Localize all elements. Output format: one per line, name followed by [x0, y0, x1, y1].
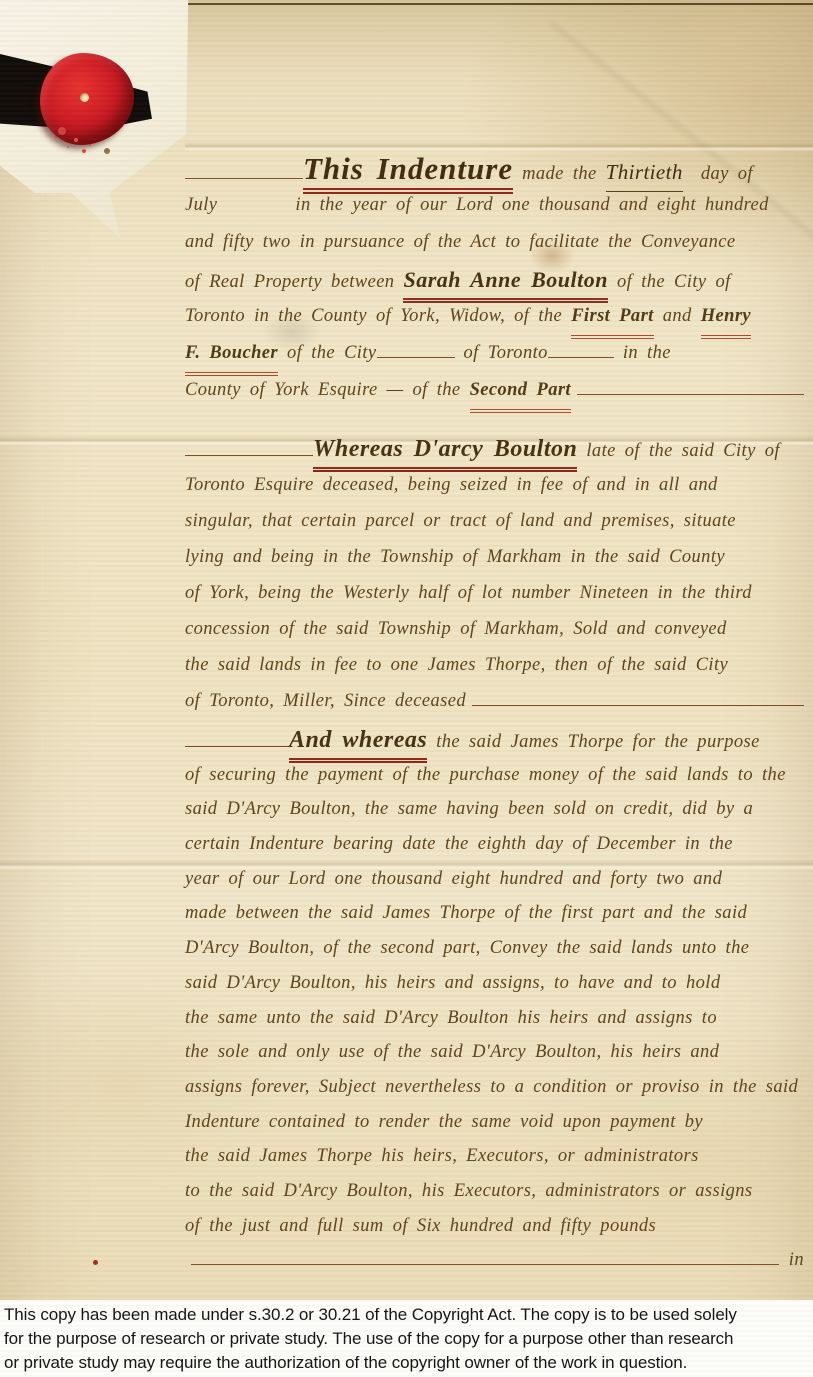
ink-rule: [185, 741, 289, 747]
document-line: Toronto in the County of York, Widow, of…: [185, 298, 804, 335]
document-line: in: [185, 1243, 804, 1278]
text-segment: of Real Property between: [185, 264, 403, 301]
text-segment: the said James Thorpe his heirs, Executo…: [185, 1139, 699, 1174]
text-segment: to the said D'Arcy Boulton, his Executor…: [185, 1174, 753, 1209]
document-line: This Indenture made the Thirtieth day of: [185, 150, 804, 187]
document-line: County of York Esquire — of the Second P…: [185, 372, 804, 409]
copyright-notice: This copy has been made under s.30.2 or …: [0, 1300, 813, 1377]
ink-rule: [577, 389, 804, 395]
text-segment: D'Arcy Boulton, of the second part, Conv…: [185, 931, 749, 966]
text-segment: Whereas D'arcy Boulton: [313, 431, 577, 472]
text-segment: First Part: [571, 298, 654, 339]
spacer: [217, 205, 295, 210]
ink-rule: [472, 700, 804, 706]
text-segment: in the: [614, 335, 671, 372]
ink-rule: [191, 1259, 779, 1265]
document-line: to the said D'Arcy Boulton, his Executor…: [185, 1174, 804, 1209]
wax-seal: [40, 53, 134, 145]
text-segment: and fifty two in pursuance of the Act to…: [185, 224, 735, 261]
document-line: Indenture contained to render the same v…: [185, 1105, 804, 1140]
document-line: said D'Arcy Boulton, the same having bee…: [185, 792, 804, 827]
text-segment: year of our Lord one thousand eight hund…: [185, 862, 722, 897]
text-segment: of York, being the Westerly half of lot …: [185, 575, 752, 611]
ink-rule: [548, 352, 614, 358]
document-line: Whereas D'arcy Boulton late of the said …: [185, 431, 804, 467]
document-line: D'Arcy Boulton, of the second part, Conv…: [185, 931, 804, 966]
document-line: F. Boucher of the City of Toronto in the: [185, 335, 804, 372]
document-line: lying and being in the Township of Markh…: [185, 539, 804, 575]
document-line: of Toronto, Miller, Since deceased: [185, 683, 804, 719]
text-segment: July: [185, 187, 217, 224]
document-line: of securing the payment of the purchase …: [185, 758, 804, 793]
text-segment: Toronto in the County of York, Widow, of…: [185, 298, 571, 335]
red-speck: [93, 1260, 98, 1265]
document-line: assigns forever, Subject nevertheless to…: [185, 1070, 804, 1105]
document-line: singular, that certain parcel or tract o…: [185, 503, 804, 539]
text-segment: Henry: [701, 298, 751, 339]
text-segment: late of the said City of: [577, 433, 780, 469]
document-line: And whereas the said James Thorpe for th…: [185, 723, 804, 758]
text-segment: said D'Arcy Boulton, his heirs and assig…: [185, 966, 720, 1001]
document-line: made between the said James Thorpe of th…: [185, 896, 804, 931]
document-line: of Real Property between Sarah Anne Boul…: [185, 261, 804, 298]
document-line: the sole and only use of the said D'Arcy…: [185, 1035, 804, 1070]
text-segment: of the just and full sum of Six hundred …: [185, 1209, 656, 1244]
text-segment: County of York Esquire — of the: [185, 372, 470, 409]
paragraph-opening: This Indenture made the Thirtieth day of…: [185, 150, 804, 409]
page-top-edge: [188, 3, 813, 5]
text-segment: Toronto Esquire deceased, being seized i…: [185, 467, 718, 503]
ink-rule: [185, 173, 303, 179]
text-segment: of the City of: [608, 264, 731, 301]
text-segment: lying and being in the Township of Markh…: [185, 539, 725, 575]
document-page: This Indenture made the Thirtieth day of…: [0, 0, 813, 1377]
text-segment: and: [654, 298, 701, 335]
text-segment: certain Indenture bearing date the eight…: [185, 827, 733, 862]
text-segment: of the City: [278, 335, 377, 372]
paragraph-whereas: Whereas D'arcy Boulton late of the said …: [185, 431, 804, 719]
text-segment: the same unto the said D'Arcy Boulton hi…: [185, 1001, 717, 1036]
text-segment: in: [789, 1243, 804, 1278]
document-line: and fifty two in pursuance of the Act to…: [185, 224, 804, 261]
document-line: of the just and full sum of Six hundred …: [185, 1209, 804, 1244]
text-segment: assigns forever, Subject nevertheless to…: [185, 1070, 798, 1105]
text-segment: concession of the said Township of Markh…: [185, 611, 727, 647]
text-segment: made between the said James Thorpe of th…: [185, 896, 747, 931]
document-line: concession of the said Township of Markh…: [185, 611, 804, 647]
copyright-notice-line: This copy has been made under s.30.2 or …: [4, 1303, 809, 1327]
text-segment: of Toronto, Miller, Since deceased: [185, 683, 466, 719]
text-segment: the said James Thorpe for the purpose: [427, 725, 760, 760]
text-segment: Second Part: [470, 372, 571, 413]
text-segment: Indenture contained to render the same v…: [185, 1105, 703, 1140]
ink-rule: [377, 352, 455, 358]
document-line: year of our Lord one thousand eight hund…: [185, 862, 804, 897]
document-line: the said James Thorpe his heirs, Executo…: [185, 1139, 804, 1174]
document-line: of York, being the Westerly half of lot …: [185, 575, 804, 611]
text-segment: said D'Arcy Boulton, the same having bee…: [185, 792, 753, 827]
text-segment: of Toronto: [455, 335, 548, 372]
document-line: certain Indenture bearing date the eight…: [185, 827, 804, 862]
text-segment: singular, that certain parcel or tract o…: [185, 503, 736, 539]
document-line: Julyin the year of our Lord one thousand…: [185, 187, 804, 224]
document-line: the same unto the said D'Arcy Boulton hi…: [185, 1001, 804, 1036]
text-segment: F. Boucher: [185, 335, 278, 376]
text-segment: of securing the payment of the purchase …: [185, 758, 786, 793]
ink-rule: [185, 450, 313, 456]
ink-fleck: [104, 148, 110, 154]
copyright-notice-line: for the purpose of research or private s…: [4, 1327, 809, 1351]
document-line: Toronto Esquire deceased, being seized i…: [185, 467, 804, 503]
paragraph-and-whereas: And whereas the said James Thorpe for th…: [185, 723, 804, 1278]
text-segment: Sarah Anne Boulton: [403, 261, 608, 303]
document-line: the said lands in fee to one James Thorp…: [185, 647, 804, 683]
document-line: said D'Arcy Boulton, his heirs and assig…: [185, 966, 804, 1001]
copyright-notice-line: or private study may require the authori…: [4, 1351, 809, 1375]
text-segment: the sole and only use of the said D'Arcy…: [185, 1035, 719, 1070]
text-segment: the said lands in fee to one James Thorp…: [185, 647, 728, 683]
text-segment: in the year of our Lord one thousand and…: [295, 187, 768, 224]
